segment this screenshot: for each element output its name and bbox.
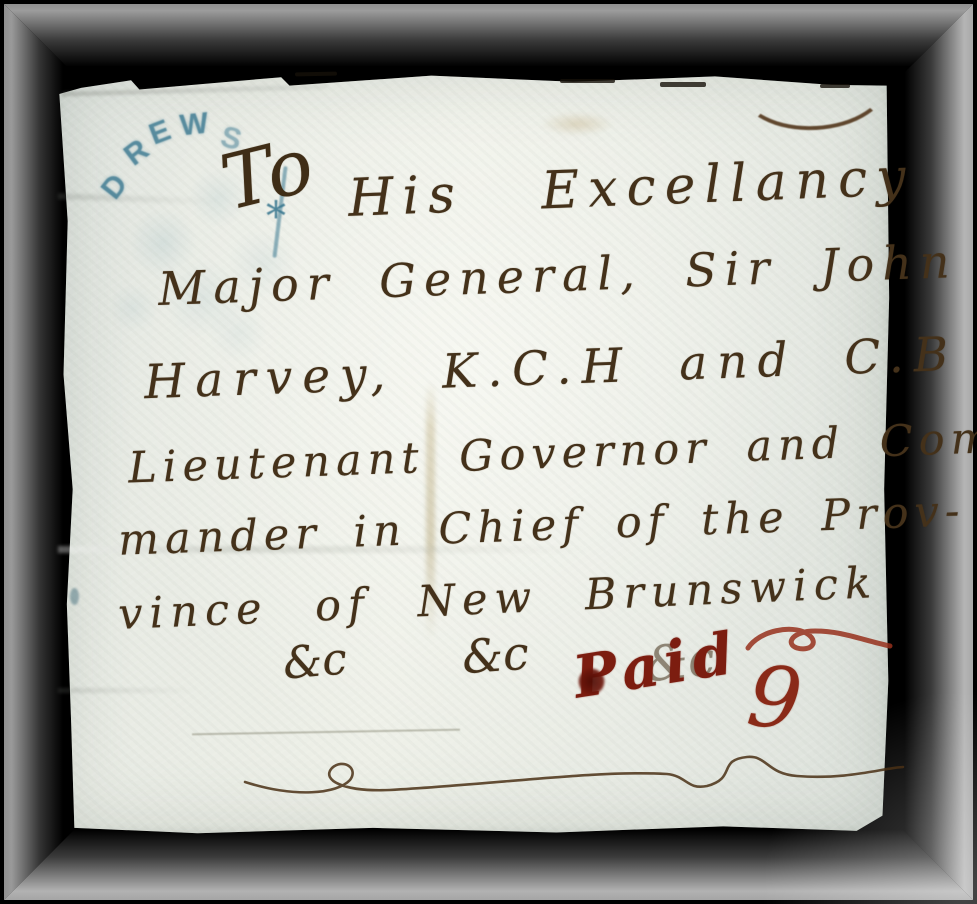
edge-speck (295, 72, 337, 77)
etcetera-mark: &c (281, 637, 348, 686)
postmark-letter: W (178, 107, 210, 144)
postmark-letter: D (95, 168, 135, 206)
red-curl-flourish (740, 622, 900, 668)
framed-cover-photo: D R E W S * To His Excellancy Major Gene… (0, 0, 977, 904)
postmark-smudge (108, 283, 158, 333)
etcetera-mark: &c (460, 630, 530, 681)
postmark-letter: R (118, 133, 156, 173)
salutation-to: To (214, 126, 320, 222)
frame-bevel-top (4, 4, 973, 70)
postmark-letter: E (145, 114, 176, 153)
underline-flourish (235, 740, 915, 800)
frame-bevel-left (4, 4, 66, 900)
